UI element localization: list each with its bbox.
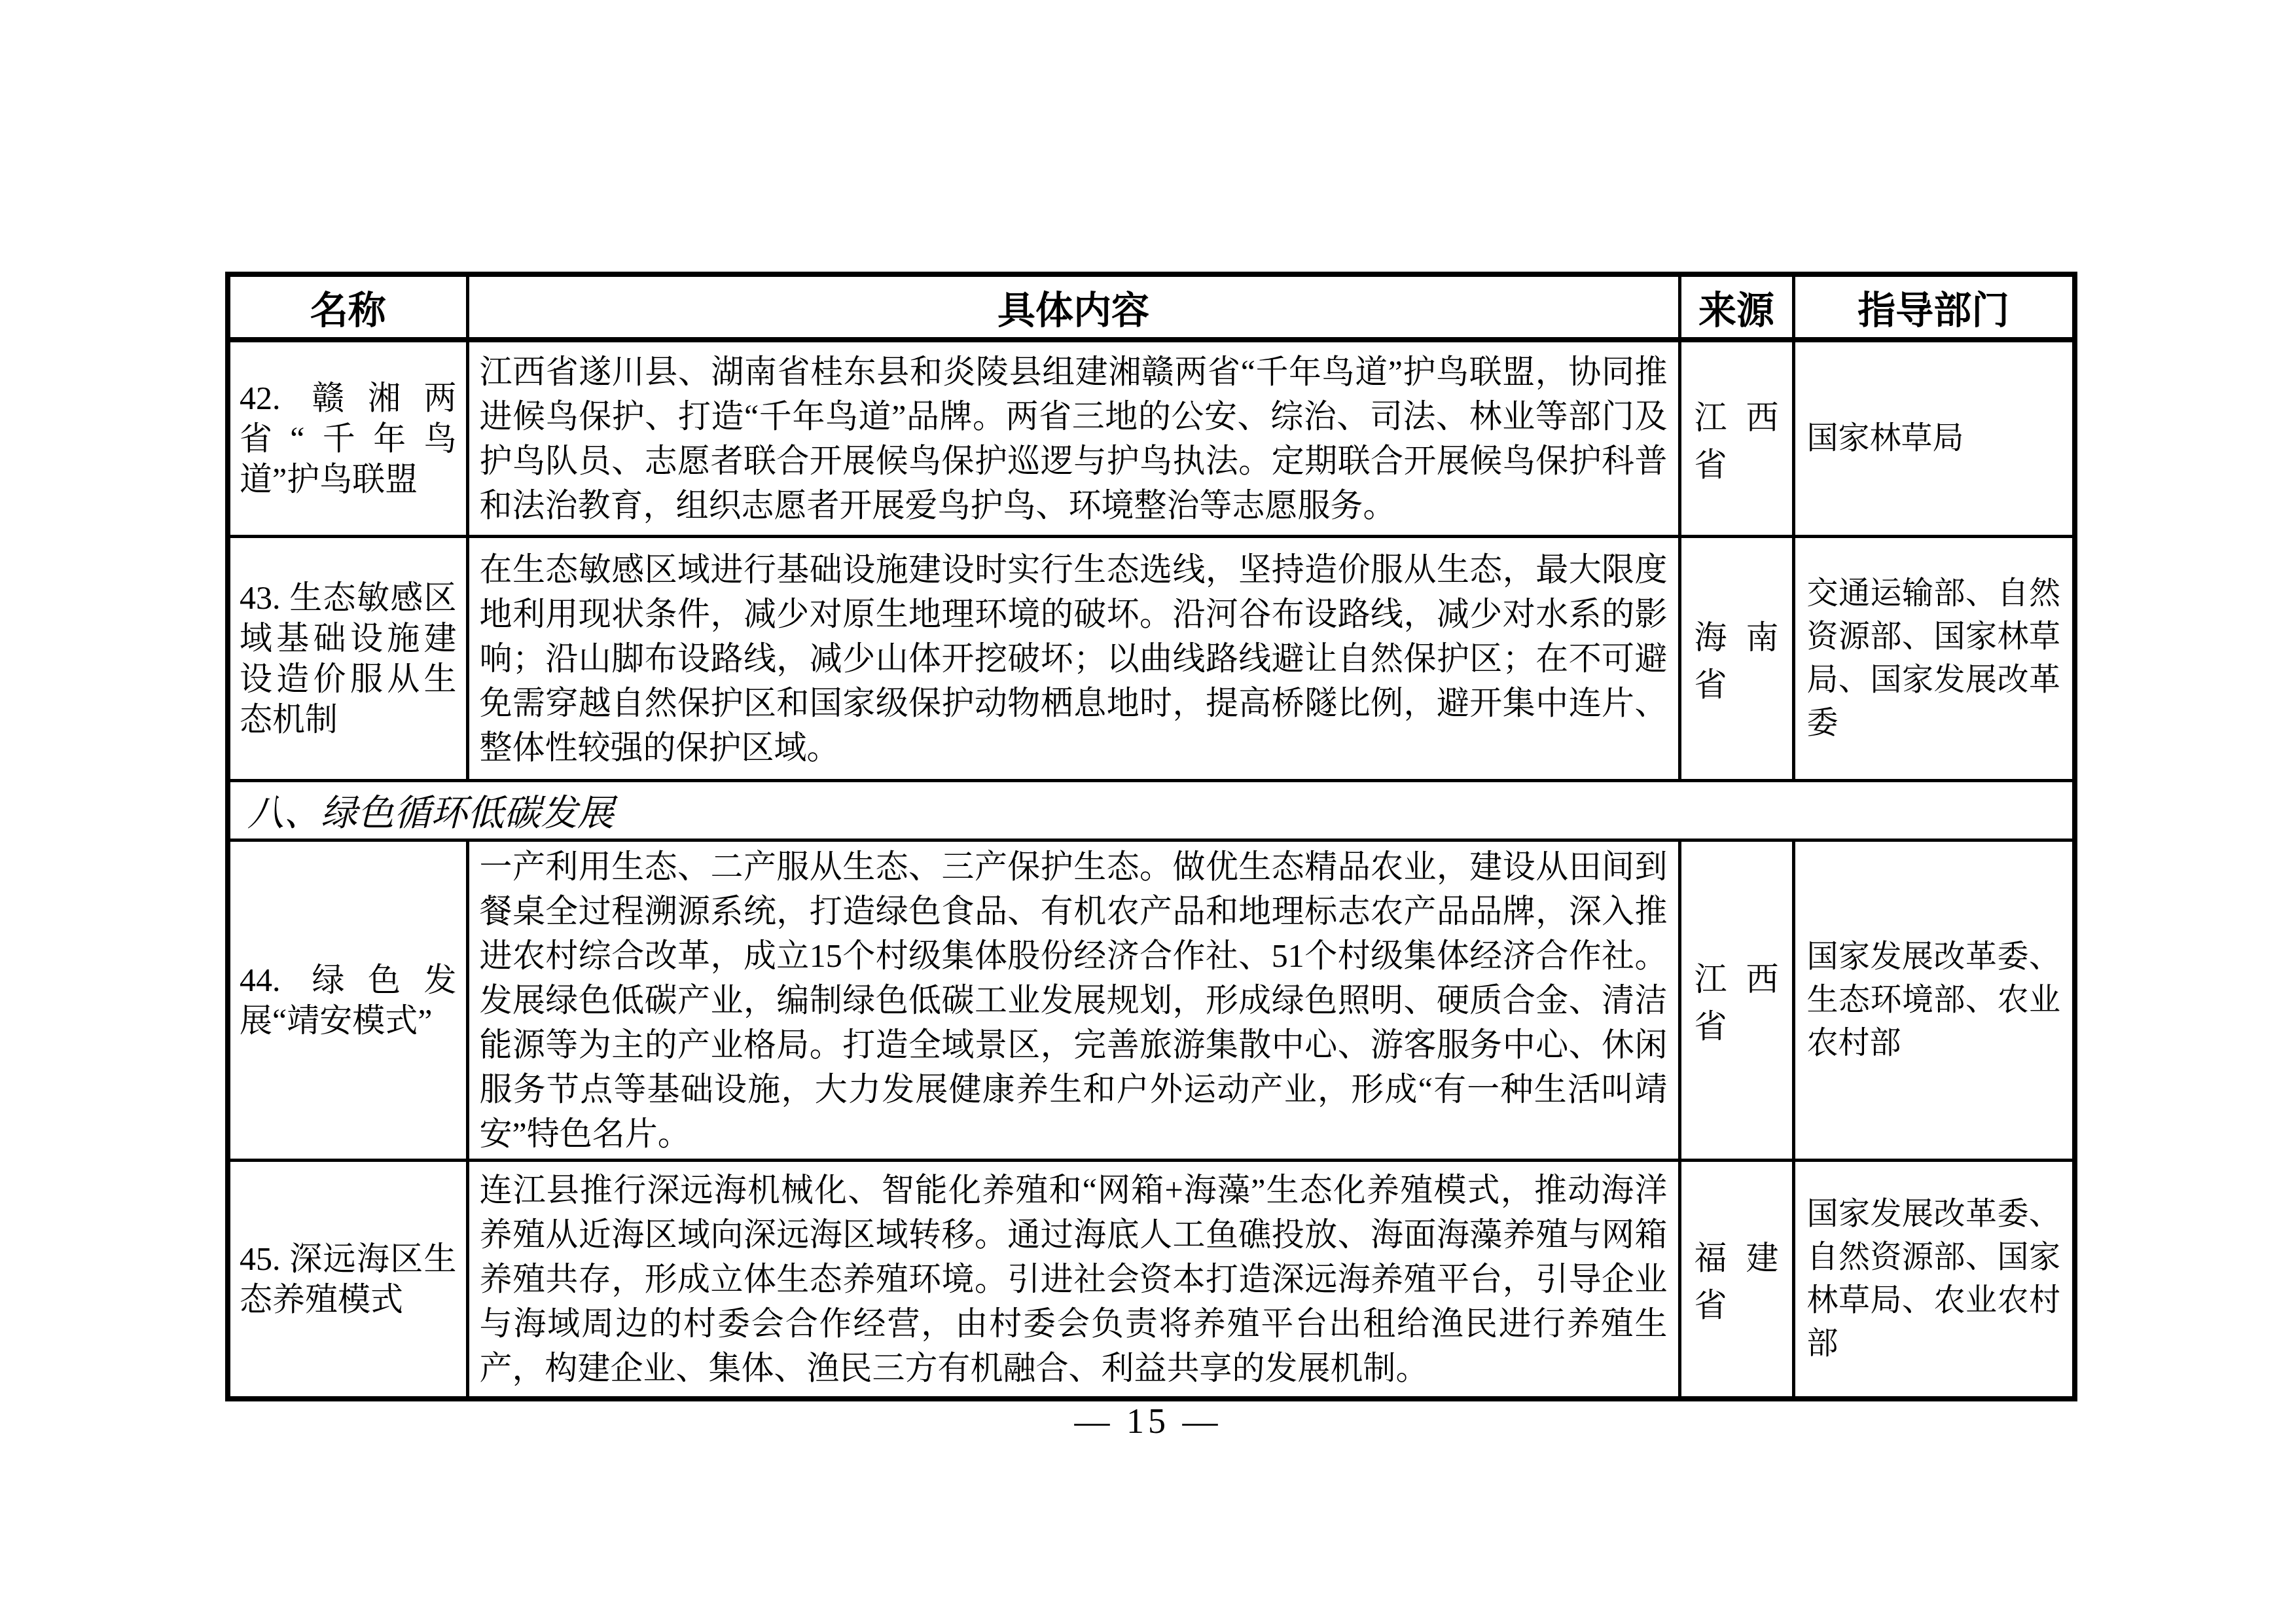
- page-number: — 15 —: [0, 1401, 2296, 1441]
- row-45-content: 连江县推行深远海机械化、智能化养殖和“网箱+海藻”生态化养殖模式，推动海洋养殖从…: [467, 1161, 1679, 1399]
- row-43-content: 在生态敏感区域进行基础设施建设时实行生态选线，坚持造价服从生态，最大限度地利用现…: [467, 537, 1679, 781]
- row-44-name: 44. 绿色发展“靖安模式”: [228, 840, 467, 1161]
- row-42-department: 国家林草局: [1793, 340, 2075, 537]
- table-row-43: 43. 生态敏感区域基础设施建设造价服从生态机制 在生态敏感区域进行基础设施建设…: [228, 537, 2075, 781]
- row-44-content: 一产利用生态、二产服从生态、三产保护生态。做优生态精品农业，建设从田间到餐桌全过…: [467, 840, 1679, 1161]
- header-source: 来源: [1679, 274, 1793, 340]
- row-45-department: 国家发展改革委、自然资源部、国家林草局、农业农村部: [1793, 1161, 2075, 1399]
- header-department: 指导部门: [1793, 274, 2075, 340]
- row-42-content: 江西省遂川县、湖南省桂东县和炎陵县组建湘赣两省“千年鸟道”护鸟联盟，协同推进候鸟…: [467, 340, 1679, 537]
- row-42-source: 江西省: [1679, 340, 1793, 537]
- row-42-name: 42. 赣湘两省“千年鸟道”护鸟联盟: [228, 340, 467, 537]
- table-header-row: 名称 具体内容 来源 指导部门: [228, 274, 2075, 340]
- header-name: 名称: [228, 274, 467, 340]
- measures-table: 名称 具体内容 来源 指导部门 42. 赣湘两省“千年鸟道”护鸟联盟 江西省遂川…: [225, 272, 2077, 1401]
- row-43-department: 交通运输部、自然资源部、国家林草局、国家发展改革委: [1793, 537, 2075, 781]
- row-45-name: 45. 深远海区生态养殖模式: [228, 1161, 467, 1399]
- row-43-name: 43. 生态敏感区域基础设施建设造价服从生态机制: [228, 537, 467, 781]
- table-row-45: 45. 深远海区生态养殖模式 连江县推行深远海机械化、智能化养殖和“网箱+海藻”…: [228, 1161, 2075, 1399]
- row-44-source: 江西省: [1679, 840, 1793, 1161]
- table-row-44: 44. 绿色发展“靖安模式” 一产利用生态、二产服从生态、三产保护生态。做优生态…: [228, 840, 2075, 1161]
- row-44-department: 国家发展改革委、生态环境部、农业农村部: [1793, 840, 2075, 1161]
- table-row-42: 42. 赣湘两省“千年鸟道”护鸟联盟 江西省遂川县、湖南省桂东县和炎陵县组建湘赣…: [228, 340, 2075, 537]
- row-43-source: 海南省: [1679, 537, 1793, 781]
- section-row: 八、绿色循环低碳发展: [228, 781, 2075, 840]
- header-content: 具体内容: [467, 274, 1679, 340]
- document-page: 名称 具体内容 来源 指导部门 42. 赣湘两省“千年鸟道”护鸟联盟 江西省遂川…: [0, 0, 2296, 1624]
- row-45-source: 福建省: [1679, 1161, 1793, 1399]
- section-title: 八、绿色循环低碳发展: [228, 781, 2075, 840]
